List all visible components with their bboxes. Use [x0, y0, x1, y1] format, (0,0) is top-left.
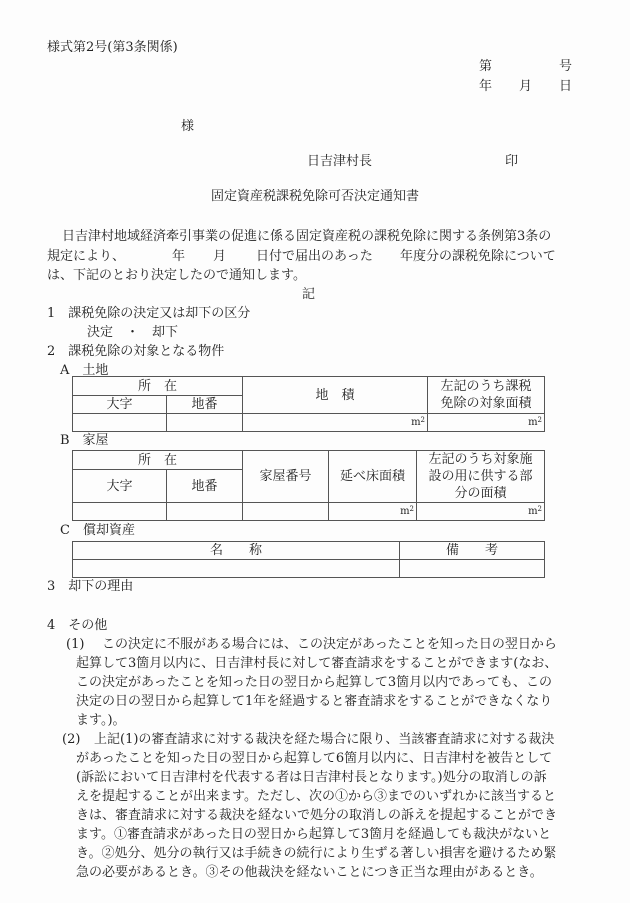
land-col-exempt-area: 左記のうち課税 免除の対象面積: [428, 377, 545, 414]
unit-sup: 2: [538, 505, 542, 513]
number-suffix: 号: [559, 58, 572, 76]
intro-line-2b: 日付で届出のあった: [256, 248, 373, 266]
unit-sup: 2: [421, 416, 425, 424]
unit-sup: 2: [538, 416, 542, 424]
house-col-facility-area: 左記のうち対象施 設の用に供する部 分の面積: [417, 451, 545, 503]
issuer-name: 日吉津村長: [307, 153, 372, 171]
unit-label: m: [400, 506, 409, 517]
intro-line-2a: 規定により、: [47, 248, 125, 266]
land-table: 所 在 地 積 左記のうち課税 免除の対象面積 大字 地番 m2 m2: [72, 376, 545, 432]
depreciable-label: C 償却資産: [60, 522, 135, 540]
date-year: 年: [479, 78, 492, 96]
house-col-floor-area: 延べ床面積: [329, 451, 417, 503]
seal-mark: 印: [505, 153, 518, 171]
item-1-line-2: 起算して3箇月以内に、日吉津村長に対して審査請求をすることができます(なお、: [76, 655, 557, 673]
section-2-heading: 2 課税免除の対象となる物件: [47, 343, 224, 361]
intro-line-2c: 年度分の課税免除について: [400, 248, 556, 266]
unit-label: m: [528, 417, 537, 428]
land-col-exempt-area-line1: 左記のうち課税: [428, 378, 544, 395]
house-table: 所 在 家屋番号 延べ床面積 左記のうち対象施 設の用に供する部 分の面積 大字…: [72, 450, 545, 521]
land-col-oaza: 大字: [73, 396, 167, 414]
item-2-line-6: ます。①審査請求があった日の翌日から起算して3箇月を経過しても裁決がないと: [76, 826, 551, 844]
item-1-line-1: この決定に不服がある場合には、この決定があったことを知った日の翌日から: [102, 636, 557, 654]
depreciable-col-name: 名 称: [73, 542, 400, 560]
item-2-line-4: えを提起することが出来ます。ただし、次の①から③までのいずれかに該当すると: [76, 788, 556, 806]
house-cell-house-no[interactable]: [243, 503, 329, 521]
intro-line-2-month: 月: [213, 248, 226, 266]
intro-line-2-year: 年: [172, 248, 185, 266]
land-col-chiban: 地番: [167, 396, 243, 414]
date-month: 月: [519, 78, 532, 96]
house-col-facility-area-line2: 設の用に供する部: [417, 468, 544, 485]
unit-label: m: [528, 506, 537, 517]
house-col-facility-area-line1: 左記のうち対象施: [417, 451, 544, 468]
house-label: B 家屋: [60, 432, 109, 450]
intro-line-3: は、下記のとおり決定したので通知します。: [47, 267, 306, 285]
item-2-line-8: 急の必要があるとき。③その他裁決を経ないことにつき正当な理由があるとき。: [76, 864, 543, 882]
land-cell-exempt-area[interactable]: m2: [428, 414, 545, 432]
item-2-line-2: があったことを知った日の翌日から起算して6箇月以内に、日吉津村を被告として: [76, 750, 552, 768]
item-2-line-1: 上記(1)の審査請求に対する裁決を経た場合に限り、当該審査請求に対する裁決: [94, 731, 554, 749]
depreciable-col-remarks: 備 考: [400, 542, 545, 560]
house-col-oaza: 大字: [73, 470, 167, 503]
house-col-location: 所 在: [73, 451, 243, 470]
house-col-house-no: 家屋番号: [243, 451, 329, 503]
section-4-heading: 4 その他: [47, 617, 107, 635]
addressee-suffix: 様: [181, 118, 194, 136]
document-title: 固定資産税課税免除可否決定通知書: [0, 188, 630, 206]
land-col-area: 地 積: [243, 377, 428, 414]
unit-sup: 2: [410, 505, 414, 513]
house-cell-oaza[interactable]: [73, 503, 167, 521]
decision-options: 決定 ・ 却下: [87, 324, 178, 342]
house-col-chiban: 地番: [167, 470, 243, 503]
land-col-location: 所 在: [73, 377, 243, 396]
land-cell-oaza[interactable]: [73, 414, 167, 432]
land-cell-chiban[interactable]: [167, 414, 243, 432]
unit-label: m: [411, 417, 420, 428]
intro-line-1: 日吉津村地域経済牽引事業の促進に係る固定資産税の課税免除に関する条例第3条の: [62, 228, 551, 246]
land-col-exempt-area-line2: 免除の対象面積: [428, 395, 544, 412]
item-1-line-4: 決定の日の翌日から起算して1年を経過すると審査請求をすることができなくなり: [76, 693, 552, 711]
depreciable-table: 名 称 備 考: [72, 541, 545, 578]
item-2-marker: (2): [62, 731, 80, 749]
section-1-heading: 1 課税免除の決定又は却下の区分: [47, 305, 250, 323]
item-1-marker: (1): [66, 636, 84, 654]
depreciable-cell-remarks[interactable]: [400, 560, 545, 578]
section-3-heading: 3 却下の理由: [47, 578, 133, 596]
item-2-line-5: きは、審査請求に対する裁決を経ないで処分の取消しの訴えを提起することができ: [76, 807, 557, 825]
land-cell-area[interactable]: m2: [243, 414, 428, 432]
item-2-line-7: き。②処分、処分の執行又は手続きの続行により生ずる著しい損害を避けるため緊: [76, 845, 556, 863]
house-cell-chiban[interactable]: [167, 503, 243, 521]
item-1-line-5: ます。)。: [76, 712, 126, 730]
house-col-facility-area-line3: 分の面積: [417, 485, 544, 502]
ki-label: 記: [302, 286, 315, 304]
item-1-line-3: この決定があったことを知った日の翌日から起算して3箇月以内であっても、この: [76, 674, 552, 692]
depreciable-cell-name[interactable]: [73, 560, 400, 578]
number-prefix: 第: [479, 58, 492, 76]
house-cell-facility-area[interactable]: m2: [417, 503, 545, 521]
form-label: 様式第2号(第3条関係): [47, 39, 178, 57]
house-cell-floor-area[interactable]: m2: [329, 503, 417, 521]
date-day: 日: [559, 78, 572, 96]
item-2-line-3: (訴訟において日吉津村を代表する者は日吉津村長となります。)処分の取消しの訴: [76, 769, 547, 787]
